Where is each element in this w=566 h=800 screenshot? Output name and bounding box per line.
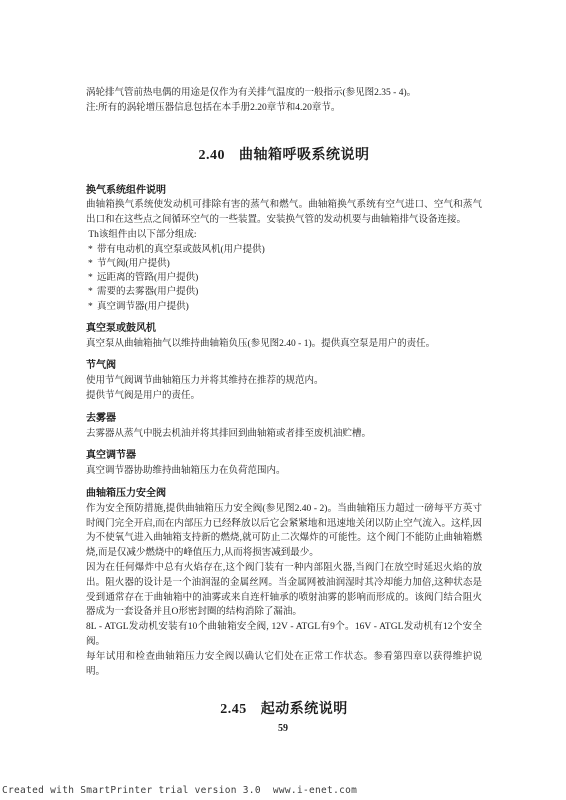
list-item-text: 真空调节器(用户提供) [97, 300, 189, 314]
page-content: 涡轮排气管前热电偶的用途是仅作为有关排气温度的一般指示(参见图2.35 - 4)… [86, 86, 482, 738]
list-item: * 节气阀(用户提供) [86, 257, 482, 271]
list-item-text: 带有电动机的真空泵或鼓风机(用户提供) [97, 243, 265, 257]
subheading-demister: 去雾器 [86, 412, 482, 427]
throttle-valve-line-1: 使用节气阀调节曲轴箱压力并将其维持在推荐的规范内。 [86, 374, 482, 389]
subheading-throttle-valve: 节气阀 [86, 359, 482, 374]
asterisk-bullet-icon: * [88, 285, 97, 299]
section-number: 2.40 [199, 148, 226, 163]
asterisk-bullet-icon: * [88, 257, 97, 271]
demister-paragraph: 去雾器从蒸气中脱去机油并将其排回到曲轴箱或者排至废机油贮槽。 [86, 427, 482, 442]
subheading-vacuum-regulator: 真空调节器 [86, 449, 482, 464]
asterisk-bullet-icon: * [88, 300, 97, 314]
relief-valve-paragraph-2: 因为在任何爆炸中总有火焰存在,这个阀门装有一种内部阻火器,当阀门在放空时延迟火焰… [86, 561, 482, 620]
asterisk-bullet-icon: * [88, 243, 97, 257]
section-number: 2.45 [220, 702, 247, 717]
section-heading-breather-system: 2.40曲轴箱呼吸系统说明 [86, 146, 482, 165]
list-item: * 真空调节器(用户提供) [86, 300, 482, 314]
page-number: 59 [0, 723, 566, 734]
components-list-intro: Th该组件由以下部分组成: [86, 228, 482, 243]
intro-line-thermocouple: 涡轮排气管前热电偶的用途是仅作为有关排气温度的一般指示(参见图2.35 - 4)… [86, 86, 482, 101]
relief-valve-paragraph-4: 每年试用和检查曲轴箱压力安全阀以确认它们处在正常工作状态。参看第四章以获得维护说… [86, 650, 482, 680]
section-heading-starting-system: 2.45起动系统说明 [86, 700, 482, 719]
subheading-vacuum-pump: 真空泵或鼓风机 [86, 322, 482, 337]
intro-line-note: 注:所有的涡轮增压器信息包括在本手册2.20章节和4.20章节。 [86, 101, 482, 116]
relief-valve-paragraph-1: 作为安全预防措施,提供曲轴箱压力安全阀(参见图2.40 - 2)。当曲轴箱压力超… [86, 502, 482, 561]
vacuum-pump-paragraph: 真空泵从曲轴箱抽气以维持曲轴箱负压(参见图2.40 - 1)。提供真空泵是用户的… [86, 337, 482, 352]
asterisk-bullet-icon: * [88, 271, 97, 285]
relief-valve-paragraph-3: 8L - ATGL发动机安装有10个曲轴箱安全阀, 12V - ATGL有9个。… [86, 620, 482, 650]
list-item: * 远距离的管路(用户提供) [86, 271, 482, 285]
section-title: 曲轴箱呼吸系统说明 [239, 148, 370, 163]
list-item: * 带有电动机的真空泵或鼓风机(用户提供) [86, 243, 482, 257]
list-item-text: 需要的去雾器(用户提供) [97, 285, 198, 299]
subheading-components: 换气系统组件说明 [86, 184, 482, 199]
manual-page: 涡轮排气管前热电偶的用途是仅作为有关排气温度的一般指示(参见图2.35 - 4)… [0, 0, 566, 800]
list-item-text: 节气阀(用户提供) [97, 257, 170, 271]
components-paragraph: 曲轴箱换气系统使发动机可排除有害的蒸气和燃气。曲轴箱换气系统有空气进口、空气和蒸… [86, 198, 482, 228]
section-title: 起动系统说明 [261, 702, 348, 717]
list-item: * 需要的去雾器(用户提供) [86, 285, 482, 299]
subheading-relief-valve: 曲轴箱压力安全阀 [86, 487, 482, 502]
smartprinter-watermark: Created with SmartPrinter trial version … [2, 785, 357, 796]
throttle-valve-line-2: 提供节气阀是用户的责任。 [86, 389, 482, 404]
components-bullet-list: * 带有电动机的真空泵或鼓风机(用户提供) * 节气阀(用户提供) * 远距离的… [86, 243, 482, 314]
vacuum-regulator-paragraph: 真空调节器协助维持曲轴箱压力在负荷范围内。 [86, 464, 482, 479]
list-item-text: 远距离的管路(用户提供) [97, 271, 198, 285]
